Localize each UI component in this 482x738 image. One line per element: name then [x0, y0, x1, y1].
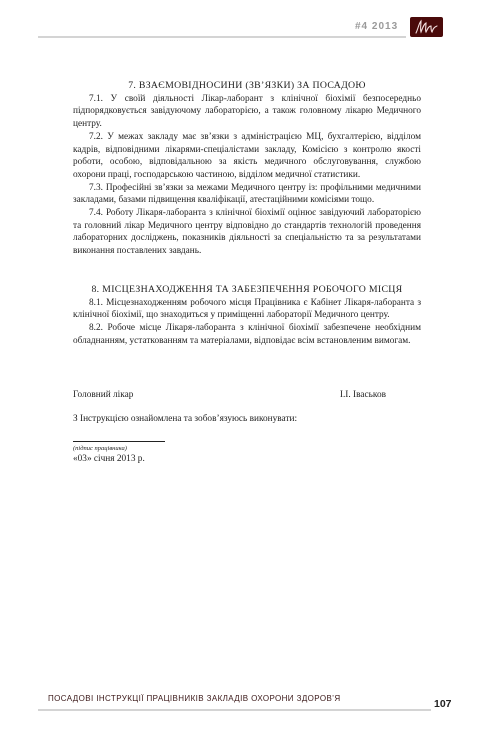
document-body: 7. ВЗАЄМОВІДНОСИНИ (ЗВ’ЯЗКИ) ЗА ПОСАДОЮ …	[73, 80, 421, 347]
signature-caption: (підпис працівника)	[73, 445, 421, 452]
signature-date: «03» січня 2013 р.	[73, 454, 421, 464]
signature-block: Головний лікар І.І. Іваськов З Інструкці…	[73, 390, 421, 464]
signature-line	[73, 441, 165, 442]
paragraph-7-4: 7.4. Роботу Лікаря-лаборанта з клінічної…	[73, 207, 421, 258]
paragraph-7-2: 7.2. У межах закладу має зв’язки з адмін…	[73, 131, 421, 182]
header-divider	[38, 36, 406, 38]
section-7-title: 7. ВЗАЄМОВІДНОСИНИ (ЗВ’ЯЗКИ) ЗА ПОСАДОЮ	[73, 80, 421, 93]
journal-logo	[410, 17, 443, 37]
signature-logo-icon	[414, 19, 439, 35]
paragraph-7-1: 7.1. У своїй діяльності Лікар-лаборант з…	[73, 93, 421, 131]
acknowledgement-text: З Інструкцією ознайомлена та зобов’язуюс…	[73, 414, 421, 424]
issue-number: #4 2013	[355, 21, 398, 32]
footer-divider	[38, 709, 431, 711]
page-number: 107	[434, 698, 452, 710]
section-8-title: 8. МІСЦЕЗНАХОДЖЕННЯ ТА ЗАБЕЗПЕЧЕННЯ РОБО…	[73, 284, 421, 297]
paragraph-8-1: 8.1. Місцезнаходженням робочого місця Пр…	[73, 297, 421, 322]
paragraph-7-3: 7.3. Професійні зв’язки за межами Медичн…	[73, 182, 421, 207]
paragraph-8-2: 8.2. Робоче місце Лікаря-лаборанта з клі…	[73, 322, 421, 347]
signatory-role: Головний лікар	[73, 390, 133, 400]
footer-title: ПОСАДОВІ ІНСТРУКЦІЇ ПРАЦІВНИКІВ ЗАКЛАДІВ…	[48, 694, 341, 703]
signatory-name: І.І. Іваськов	[340, 390, 386, 400]
